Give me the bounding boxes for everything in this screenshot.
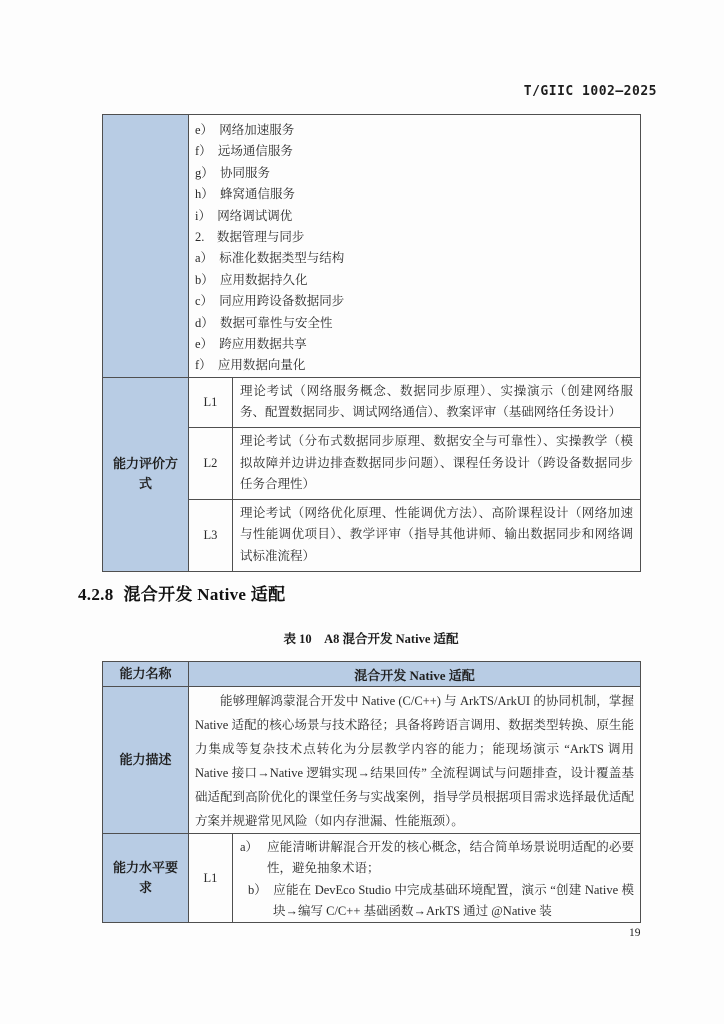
req-item-b-marker: b） [248, 880, 273, 901]
req-item-a-text: 应能清晰讲解混合开发的核心概念，结合简单场景说明适配的必要性，避免抽象术语； [267, 840, 634, 875]
capability-desc-label: 能力描述 [103, 687, 189, 834]
section-title: 混合开发 Native 适配 [124, 585, 286, 604]
eval-l3-text: 理论考试（网络优化原理、性能调优方法）、高阶课程设计（网络加速与性能调优项目）、… [233, 499, 641, 571]
list-item: f） 远场通信服务 [195, 141, 632, 162]
req-item-b-text: 应能在 DevEco Studio 中完成基础环境配置，演示 “创建 Nativ… [273, 883, 634, 918]
capability-table-continued: e） 网络加速服务 f） 远场通信服务 g） 协同服务 h） 蜂窝通信服务 i）… [102, 114, 641, 572]
knowledge-list-cell: e） 网络加速服务 f） 远场通信服务 g） 协同服务 h） 蜂窝通信服务 i）… [189, 115, 641, 378]
table-caption: 表 10 A8 混合开发 Native 适配 [102, 629, 640, 647]
eval-row-l1: 能力评价方式 L1 理论考试（网络服务概念、数据同步原理）、实操演示（创建网络服… [103, 377, 641, 427]
list-item: e） 网络加速服务 [195, 120, 632, 141]
list-item: i） 网络调试调优 [195, 206, 632, 227]
standard-number: T/GIIC 1002—2025 [524, 84, 657, 99]
eval-l2-text: 理论考试（分布式数据同步原理、数据安全与可靠性）、实操教学（模拟故障并边讲边排查… [233, 428, 641, 500]
list-item: a） 标准化数据类型与结构 [195, 248, 632, 269]
req-l1-items: a）应能清晰讲解混合开发的核心概念，结合简单场景说明适配的必要性，避免抽象术语；… [233, 834, 641, 923]
eval-l3-level: L3 [189, 499, 233, 571]
req-l1-level: L1 [189, 834, 233, 923]
continued-content-row: e） 网络加速服务 f） 远场通信服务 g） 协同服务 h） 蜂窝通信服务 i）… [103, 115, 641, 378]
req-item-a: a）应能清晰讲解混合开发的核心概念，结合简单场景说明适配的必要性，避免抽象术语； [240, 837, 634, 880]
continued-label-cell [103, 115, 189, 378]
capability-desc-row: 能力描述 能够理解鸿蒙混合开发中 Native (C/C++) 与 ArkTS/… [103, 687, 641, 834]
list-item: 2. 数据管理与同步 [195, 227, 632, 248]
table2-header-row: 能力名称 混合开发 Native 适配 [103, 662, 641, 687]
capability-desc-text: 能够理解鸿蒙混合开发中 Native (C/C++) 与 ArkTS/ArkUI… [189, 687, 641, 834]
capability-req-label: 能力水平要求 [103, 834, 189, 923]
section-heading: 4.2.8混合开发 Native 适配 [78, 580, 285, 605]
list-item: e） 跨应用数据共享 [195, 334, 632, 355]
req-item-a-marker: a） [240, 837, 267, 858]
capability-name-value: 混合开发 Native 适配 [189, 662, 641, 687]
eval-method-label: 能力评价方式 [103, 377, 189, 571]
req-item-b: b）应能在 DevEco Studio 中完成基础环境配置，演示 “创建 Nat… [240, 880, 634, 923]
document-page: T/GIIC 1002—2025 e） 网络加速服务 f） 远场通信服务 g） … [0, 0, 724, 1024]
page-number: 19 [629, 927, 641, 939]
capability-name-label: 能力名称 [103, 662, 189, 687]
capability-req-row: 能力水平要求 L1 a）应能清晰讲解混合开发的核心概念，结合简单场景说明适配的必… [103, 834, 641, 923]
list-item: c） 同应用跨设备数据同步 [195, 291, 632, 312]
list-item: h） 蜂窝通信服务 [195, 184, 632, 205]
eval-l2-level: L2 [189, 428, 233, 500]
list-item: g） 协同服务 [195, 163, 632, 184]
eval-l1-level: L1 [189, 377, 233, 427]
list-item: d） 数据可靠性与安全性 [195, 313, 632, 334]
eval-l1-text: 理论考试（网络服务概念、数据同步原理）、实操演示（创建网络服务、配置数据同步、调… [233, 377, 641, 427]
section-number: 4.2.8 [78, 585, 114, 604]
native-adaptation-table: 能力名称 混合开发 Native 适配 能力描述 能够理解鸿蒙混合开发中 Nat… [102, 661, 641, 923]
list-item: f） 应用数据向量化 [195, 355, 632, 376]
list-item: b） 应用数据持久化 [195, 270, 632, 291]
